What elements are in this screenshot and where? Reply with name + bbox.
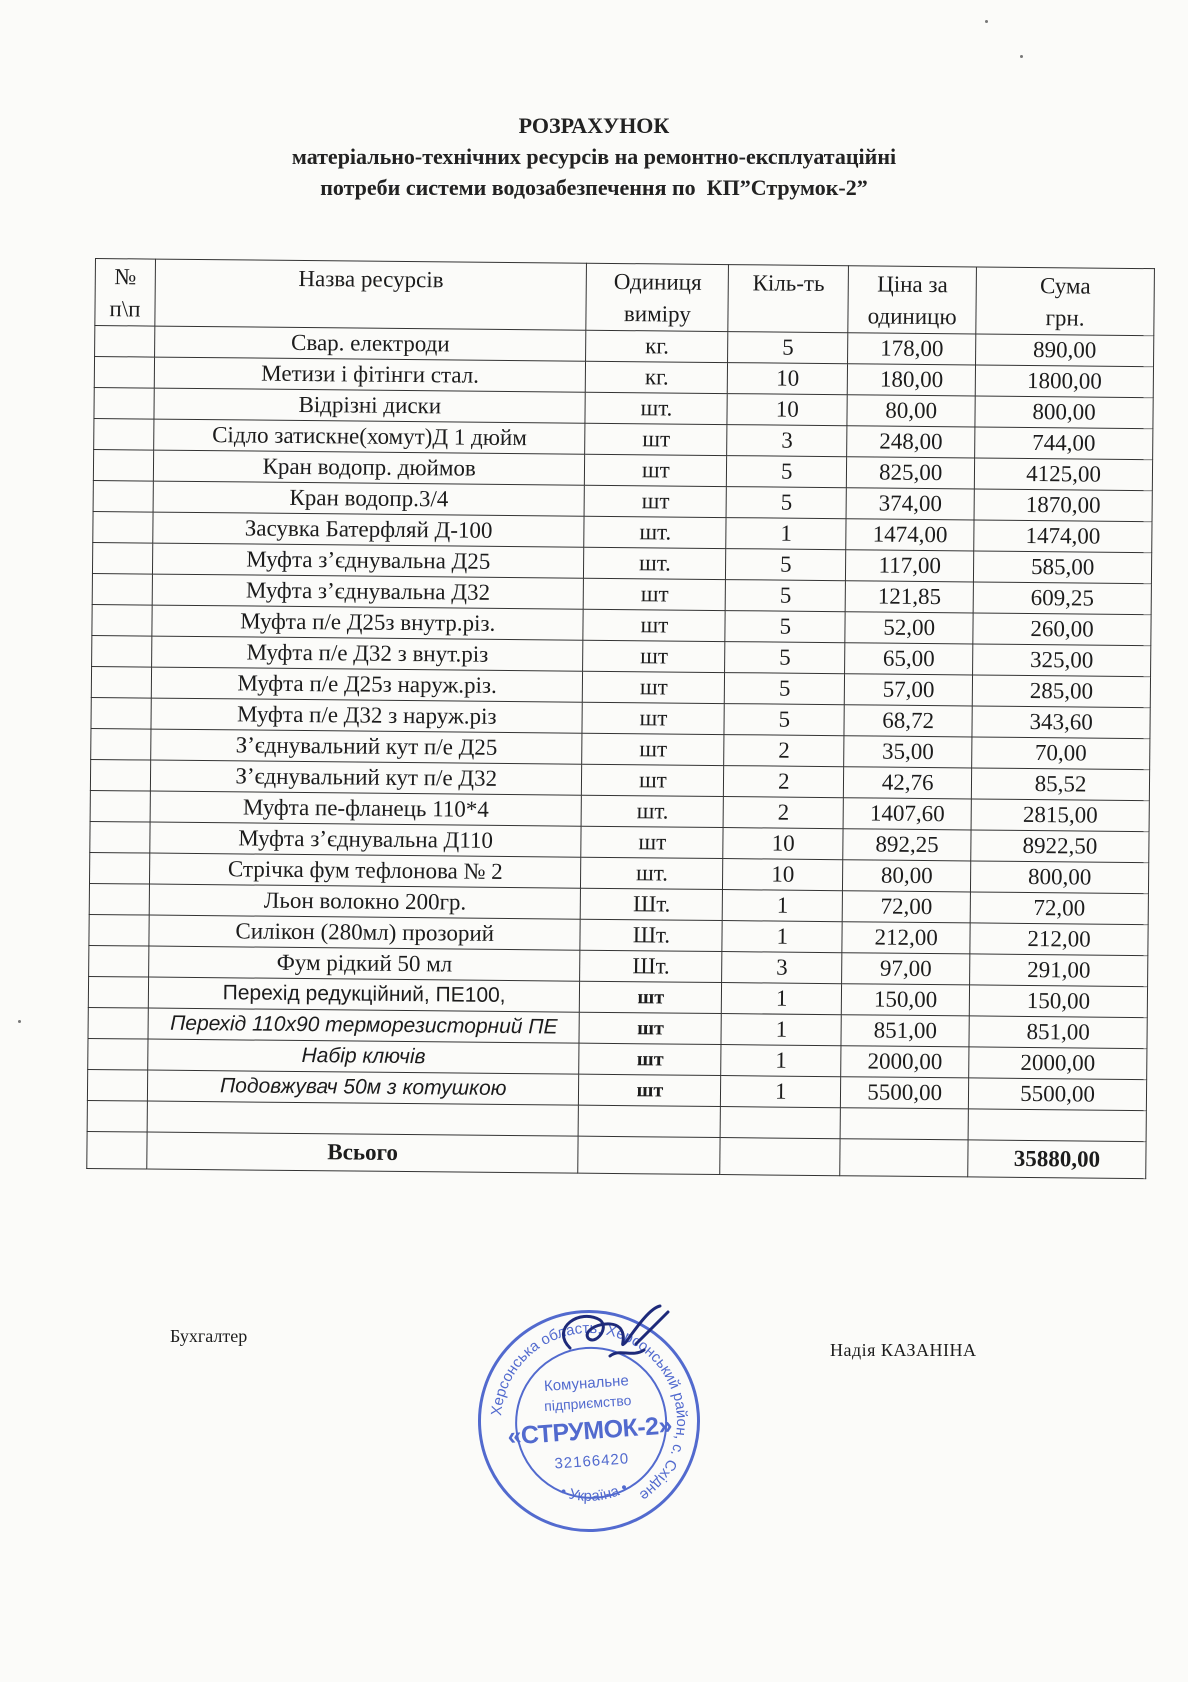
empty-cell	[147, 1101, 579, 1136]
row-qty: 5	[726, 487, 846, 519]
row-qty: 10	[723, 859, 843, 891]
row-name: З’єднувальний кут п/е Д32	[150, 760, 582, 795]
row-name: Муфта з’єднувальна Д110	[150, 822, 582, 857]
title-line-1: РОЗРАХУНОК	[0, 110, 1188, 141]
row-qty: 1	[722, 983, 842, 1015]
row-qty: 5	[725, 580, 845, 612]
header-price: Ціна заодиницю	[848, 266, 977, 334]
row-price: 851,00	[841, 1015, 969, 1047]
row-qty: 10	[728, 363, 848, 395]
row-qty: 5	[728, 332, 848, 364]
header-price-line2: одиницю	[868, 303, 957, 329]
row-qty: 5	[725, 642, 845, 674]
accountant-label: Бухгалтер	[170, 1326, 247, 1347]
row-qty: 5	[725, 611, 845, 643]
row-unit: Шт.	[580, 919, 722, 951]
row-price: 825,00	[847, 457, 975, 489]
row-name: Кран водопр. дюймов	[153, 450, 585, 485]
empty-cell	[87, 1100, 147, 1132]
row-unit: шт.	[582, 795, 724, 827]
row-name: Муфта з’єднувальна Д25	[152, 543, 584, 578]
row-name: Муфта п/е Д25з наруж.різ.	[151, 667, 583, 702]
row-qty: 1	[721, 1076, 841, 1108]
row-name: Свар. електроди	[155, 326, 587, 361]
row-unit: шт.	[585, 392, 727, 424]
row-sum: 285,00	[972, 675, 1150, 708]
row-qty: 1	[722, 921, 842, 953]
row-sum: 291,00	[970, 954, 1148, 987]
row-sum: 85,52	[971, 768, 1149, 801]
row-price: 35,00	[844, 736, 972, 768]
row-price: 178,00	[848, 333, 976, 365]
row-name: Подовжувач 50м з котушкою	[147, 1070, 579, 1105]
row-name: Сідло затискне(хомут)Д 1 дюйм	[154, 419, 586, 454]
row-sum: 1474,00	[974, 520, 1152, 553]
row-unit: шт	[583, 671, 725, 703]
row-num	[94, 357, 154, 389]
signatory-name: Надія КАЗАНІНА	[830, 1340, 977, 1361]
row-name: Метизи і фітінги стал.	[154, 357, 586, 392]
row-unit: шт.	[584, 547, 726, 579]
row-price: 212,00	[842, 922, 970, 954]
row-sum: 744,00	[975, 427, 1153, 460]
table-body: Свар. електродикг.5178,00890,00Метизи і …	[87, 326, 1153, 1111]
row-price: 52,00	[845, 612, 973, 644]
row-price: 1474,00	[846, 519, 974, 551]
row-num	[89, 852, 149, 884]
header-sum: Сумагрн.	[976, 267, 1155, 336]
row-unit: Шт.	[580, 950, 722, 982]
row-num	[92, 635, 152, 667]
resources-table: №п\п Назва ресурсів Одиницявиміру Кіль-т…	[86, 258, 1155, 1179]
header-sum-line1: Сума	[1040, 273, 1091, 298]
row-qty: 1	[723, 890, 843, 922]
row-name: Силікон (280мл) прозорий	[149, 915, 581, 950]
scan-speck	[985, 20, 988, 23]
row-price: 2000,00	[841, 1046, 969, 1078]
row-unit: шт	[582, 764, 724, 796]
header-qty: Кіль-ть	[728, 265, 848, 333]
header-num-line1: №	[114, 264, 136, 289]
row-num	[92, 573, 152, 605]
signature-icon	[540, 1298, 680, 1378]
row-name: Перехід 110х90 терморезисторний ПЕ	[148, 1008, 580, 1043]
row-num	[93, 511, 153, 543]
row-num	[91, 666, 151, 698]
row-price: 97,00	[842, 953, 970, 985]
row-sum: 70,00	[972, 737, 1150, 770]
header-unit-line1: Одиниця	[614, 269, 702, 295]
empty-cell	[840, 1139, 968, 1177]
row-unit: шт	[583, 640, 725, 672]
row-unit: шт	[585, 454, 727, 486]
row-num	[87, 1069, 147, 1101]
row-price: 1407,60	[843, 798, 971, 830]
empty-cell	[720, 1107, 840, 1139]
row-qty: 3	[727, 425, 847, 457]
row-unit: кг.	[586, 330, 728, 362]
row-num	[90, 821, 150, 853]
row-name: З’єднувальний кут п/е Д25	[151, 729, 583, 764]
row-sum: 609,25	[973, 582, 1151, 615]
row-unit: шт	[583, 609, 725, 641]
row-price: 150,00	[841, 984, 969, 1016]
row-sum: 890,00	[976, 334, 1154, 367]
row-num	[90, 790, 150, 822]
empty-cell	[578, 1136, 720, 1174]
row-sum: 585,00	[974, 551, 1152, 584]
row-price: 117,00	[846, 550, 974, 582]
empty-cell	[579, 1105, 721, 1137]
row-name: Муфта з’єднувальна Д32	[152, 574, 584, 609]
row-name: Муфта п/е Д25з внутр.різ.	[152, 605, 584, 640]
row-num	[89, 945, 149, 977]
row-num	[88, 1007, 148, 1039]
row-price: 65,00	[845, 643, 973, 675]
row-qty: 10	[727, 394, 847, 426]
row-sum: 2000,00	[969, 1047, 1147, 1080]
title-line-2: матеріально-технічних ресурсів на ремонт…	[0, 141, 1188, 172]
row-name: Перехід редукційний, ПЕ100,	[148, 977, 580, 1012]
header-num: №п\п	[95, 259, 156, 327]
row-qty: 1	[726, 518, 846, 550]
document-title: РОЗРАХУНОК матеріально-технічних ресурсі…	[0, 110, 1188, 203]
row-unit: шт	[584, 485, 726, 517]
row-unit: шт.	[584, 516, 726, 548]
row-name: Муфта пе-фланець 110*4	[150, 791, 582, 826]
row-qty: 2	[724, 766, 844, 798]
scan-speck	[18, 1020, 21, 1023]
row-num	[88, 1038, 148, 1070]
row-price: 42,76	[844, 767, 972, 799]
row-num	[94, 418, 154, 450]
row-num	[91, 728, 151, 760]
scan-speck	[1020, 55, 1023, 58]
row-unit: шт	[585, 423, 727, 455]
row-unit: шт	[579, 1074, 721, 1106]
row-price: 72,00	[842, 891, 970, 923]
total-label: Всього	[147, 1132, 579, 1173]
row-sum: 1800,00	[975, 365, 1153, 398]
row-price: 374,00	[846, 488, 974, 520]
row-num	[89, 914, 149, 946]
row-name: Муфта п/е Д32 з наруж.різ	[151, 698, 583, 733]
row-price: 121,85	[845, 581, 973, 613]
row-name: Муфта п/е Д32 з внут.різ	[152, 636, 584, 671]
row-qty: 1	[721, 1045, 841, 1077]
row-sum: 800,00	[971, 861, 1149, 894]
empty-cell	[720, 1138, 840, 1176]
row-num	[92, 604, 152, 636]
row-price: 68,72	[844, 705, 972, 737]
row-unit: шт	[584, 578, 726, 610]
row-num	[94, 387, 154, 419]
row-num	[90, 759, 150, 791]
row-qty: 5	[724, 704, 844, 736]
title-line-3: потреби системи водозабезпечення по КП”С…	[0, 172, 1188, 203]
row-sum: 343,60	[972, 706, 1150, 739]
row-qty: 10	[723, 828, 843, 860]
header-sum-line2: грн.	[1045, 305, 1084, 330]
table-header-row: №п\п Назва ресурсів Одиницявиміру Кіль-т…	[95, 259, 1155, 336]
row-price: 80,00	[847, 395, 975, 427]
row-name: Відрізні диски	[154, 388, 586, 423]
row-qty: 2	[723, 797, 843, 829]
row-name: Засувка Батерфляй Д-100	[153, 512, 585, 547]
row-sum: 4125,00	[974, 458, 1152, 491]
header-num-line2: п\п	[109, 296, 140, 321]
row-name: Фум рідкий 50 мл	[149, 946, 581, 981]
row-sum: 150,00	[969, 985, 1147, 1018]
row-price: 248,00	[847, 426, 975, 458]
row-unit: шт	[579, 1043, 721, 1075]
row-qty: 1	[721, 1014, 841, 1046]
row-sum: 325,00	[973, 644, 1151, 677]
total-sum: 35880,00	[968, 1140, 1146, 1179]
row-qty: 2	[724, 735, 844, 767]
row-unit: Шт.	[581, 888, 723, 920]
row-price: 180,00	[847, 364, 975, 396]
row-sum: 72,00	[970, 892, 1148, 925]
row-unit: шт	[581, 826, 723, 858]
row-sum: 851,00	[969, 1016, 1147, 1049]
row-qty: 3	[722, 952, 842, 984]
row-unit: шт	[582, 733, 724, 765]
row-num	[93, 480, 153, 512]
row-num	[88, 976, 148, 1008]
row-name: Стрічка фум тефлонова № 2	[149, 853, 581, 888]
empty-cell	[968, 1109, 1146, 1142]
row-num	[91, 697, 151, 729]
row-sum: 212,00	[970, 923, 1148, 956]
empty-cell	[840, 1108, 968, 1140]
row-num	[95, 326, 155, 358]
row-sum: 1870,00	[974, 489, 1152, 522]
row-sum: 8922,50	[971, 830, 1149, 863]
header-name: Назва ресурсів	[155, 259, 587, 330]
row-unit: шт.	[581, 857, 723, 889]
row-name: Кран водопр.3/4	[153, 481, 585, 516]
header-price-line1: Ціна за	[877, 272, 948, 298]
header-unit-line2: виміру	[624, 301, 691, 327]
row-sum: 800,00	[975, 396, 1153, 429]
row-unit: шт	[580, 981, 722, 1013]
row-unit: кг.	[586, 361, 728, 393]
row-unit: шт	[582, 702, 724, 734]
header-unit: Одиницявиміру	[586, 263, 729, 331]
row-price: 80,00	[843, 860, 971, 892]
row-price: 57,00	[844, 674, 972, 706]
row-sum: 260,00	[973, 613, 1151, 646]
row-price: 892,25	[843, 829, 971, 861]
row-num	[92, 542, 152, 574]
row-qty: 5	[727, 456, 847, 488]
row-qty: 5	[725, 673, 845, 705]
row-name: Набір ключів	[148, 1039, 580, 1074]
row-sum: 5500,00	[968, 1078, 1146, 1111]
row-price: 5500,00	[841, 1077, 969, 1109]
row-num	[93, 449, 153, 481]
row-sum: 2815,00	[971, 799, 1149, 832]
empty-cell	[87, 1131, 147, 1169]
row-name: Льон волокно 200гр.	[149, 884, 581, 919]
row-qty: 5	[726, 549, 846, 581]
row-num	[89, 883, 149, 915]
row-unit: шт	[579, 1012, 721, 1044]
